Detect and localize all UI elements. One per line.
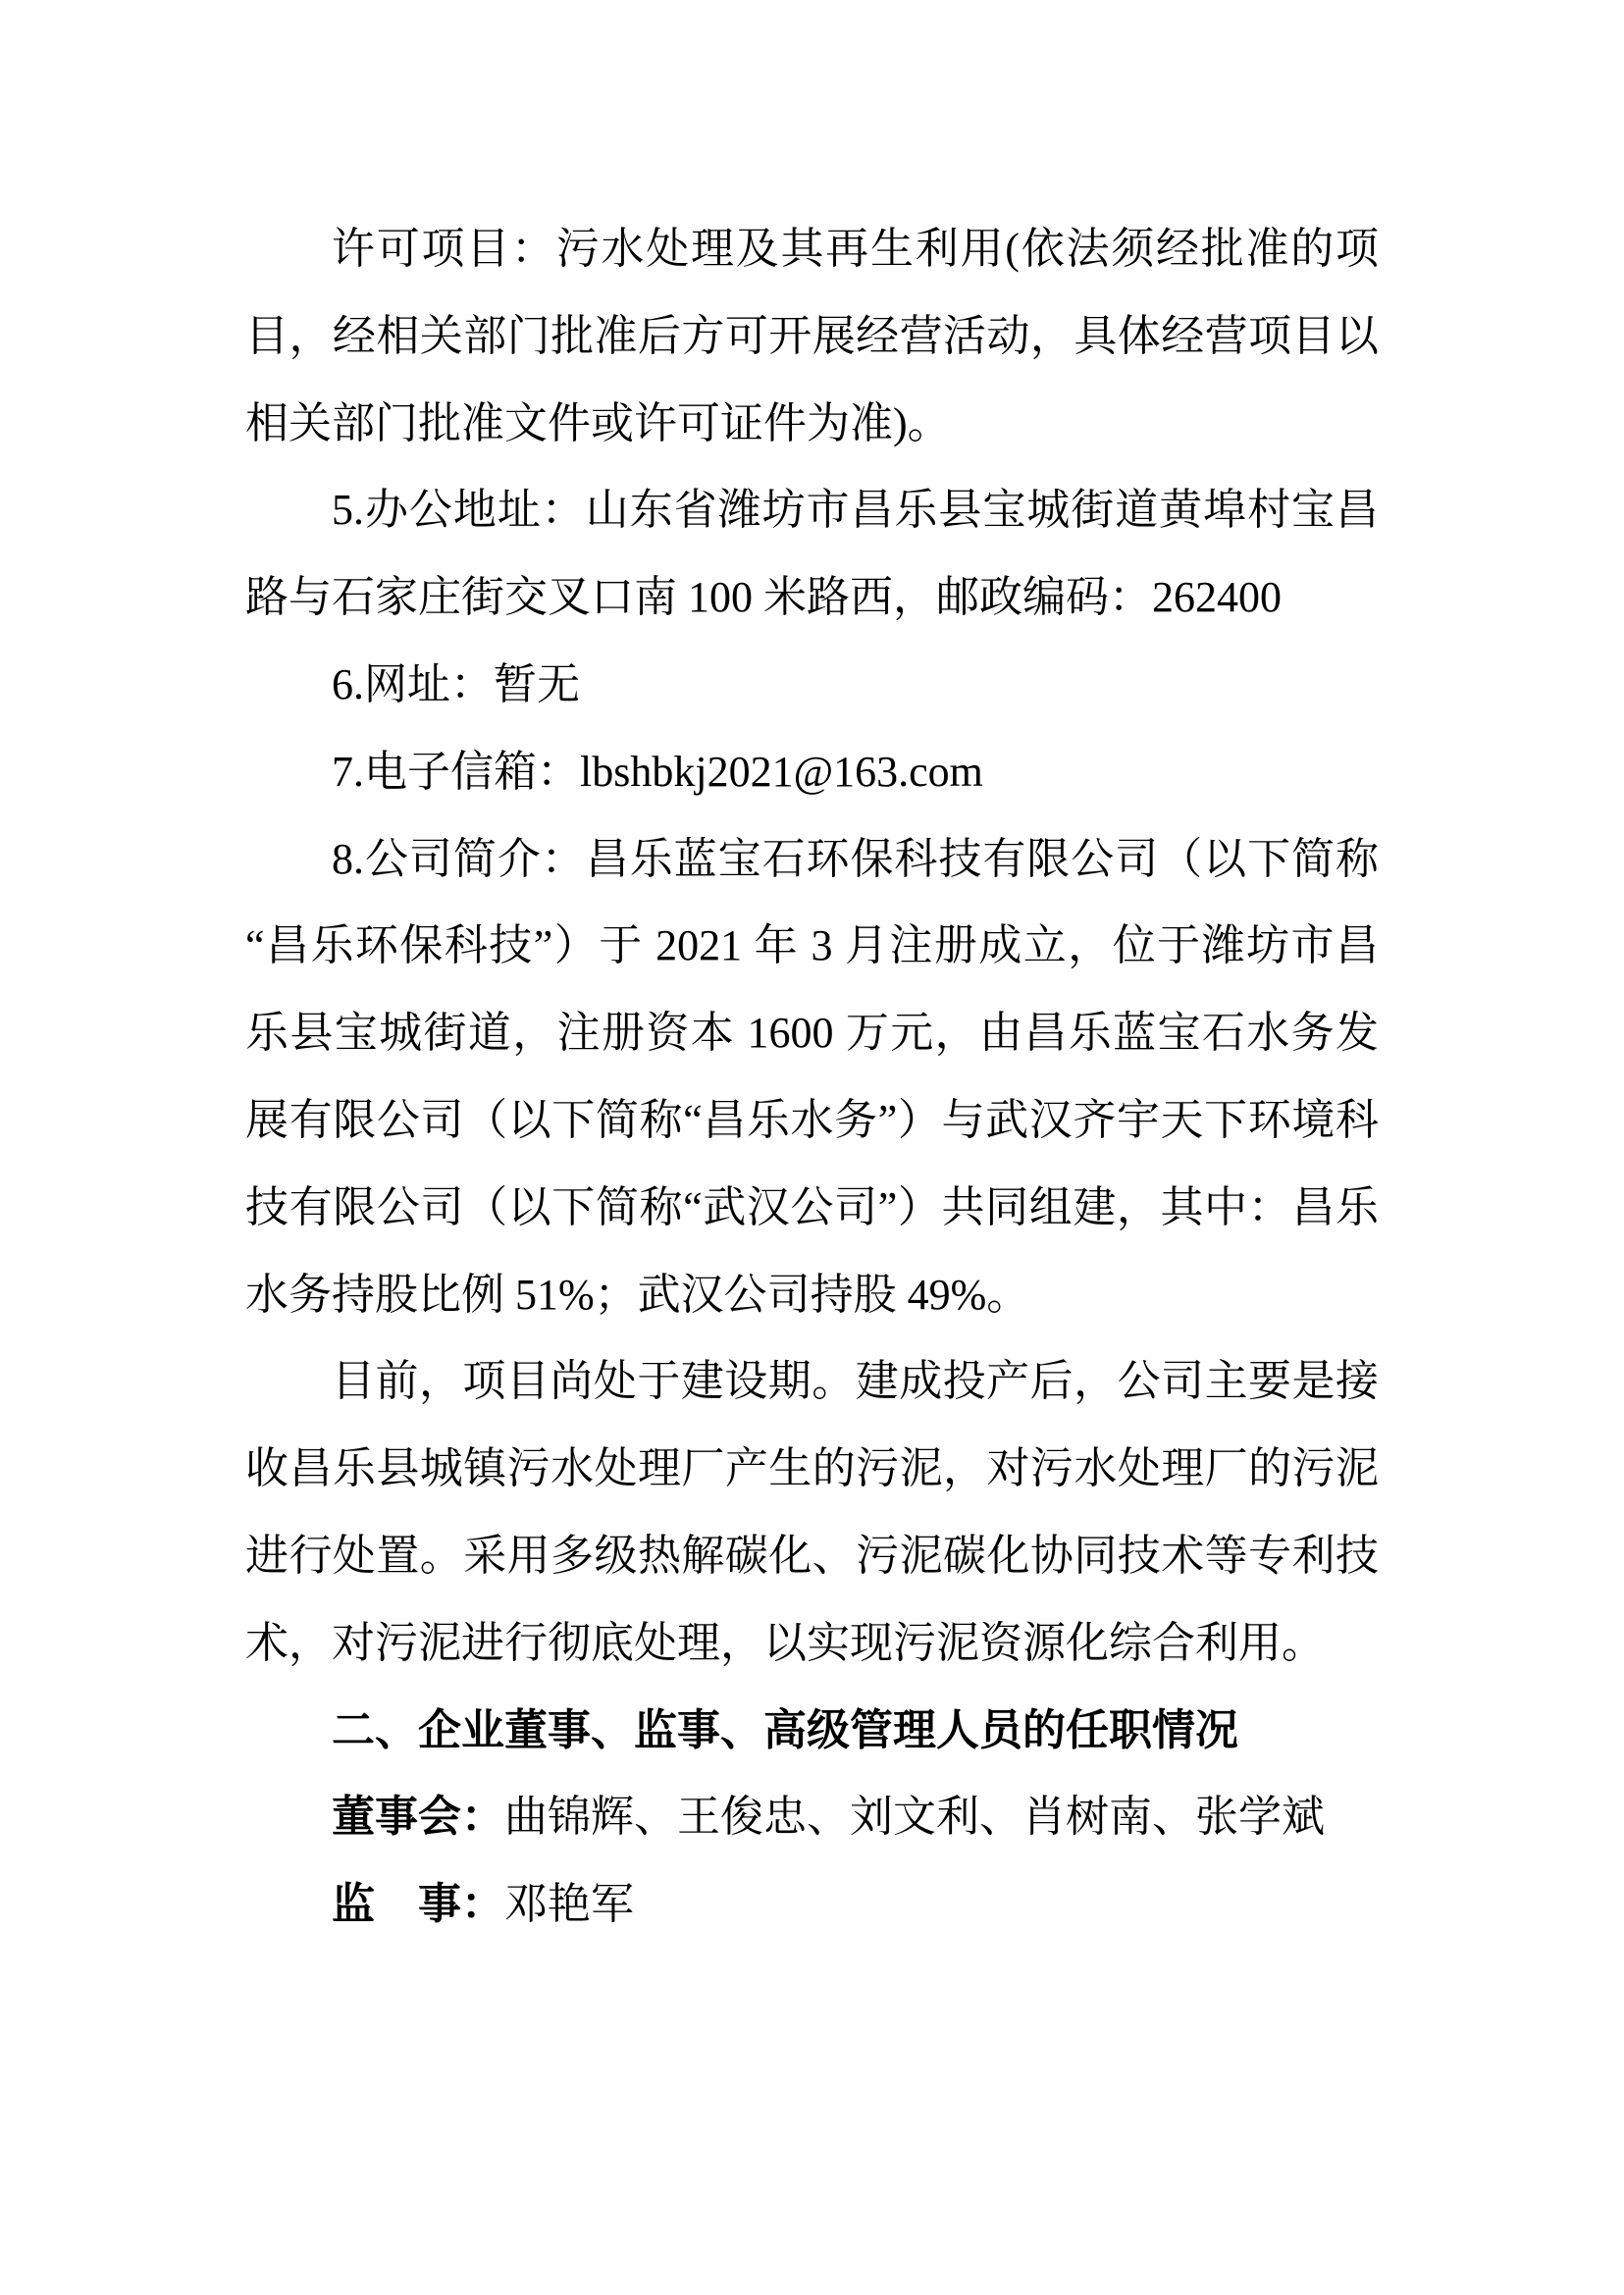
company-profile-line: 水务持股比例 51%；武汉公司持股 49%。: [245, 1252, 1379, 1339]
board-members-line: 董事会：曲锦辉、王俊忠、刘文利、肖树南、张学斌: [245, 1774, 1379, 1861]
company-profile-line: 展有限公司（以下简称“昌乐水务”）与武汉齐宇天下环境科: [245, 1077, 1379, 1165]
board-names: 曲锦辉、王俊忠、刘文利、肖树南、张学斌: [504, 1793, 1325, 1841]
office-address-line: 路与石家庄街交叉口南 100 米路西，邮政编码：262400: [245, 554, 1379, 642]
project-status-line: 收昌乐县城镇污水处理厂产生的污泥，对污水处理厂的污泥: [245, 1426, 1379, 1513]
paragraph-line: 目，经相关部门批准后方可开展经营活动，具体经营项目以: [245, 293, 1379, 381]
company-profile-line: 8.公司简介：昌乐蓝宝石环保科技有限公司（以下简称: [245, 816, 1379, 904]
supervisor-label: 监 事：: [332, 1880, 504, 1928]
email-line: 7.电子信箱：lbshbkj2021@163.com: [245, 729, 1379, 816]
section-heading: 二、企业董事、监事、高级管理人员的任职情况: [245, 1688, 1379, 1775]
project-status-line: 进行处置。采用多级热解碳化、污泥碳化协同技术等专利技: [245, 1513, 1379, 1600]
office-address-line: 5.办公地址：山东省潍坊市昌乐县宝城街道黄埠村宝昌: [245, 467, 1379, 554]
paragraph-line: 许可项目：污水处理及其再生利用(依法须经批准的项: [245, 206, 1379, 293]
company-profile-line: 技有限公司（以下简称“武汉公司”）共同组建，其中：昌乐: [245, 1165, 1379, 1252]
project-status-line: 术，对污泥进行彻底处理，以实现污泥资源化综合利用。: [245, 1600, 1379, 1688]
paragraph-line: 相关部门批准文件或许可证件为准)。: [245, 381, 1379, 468]
project-status-line: 目前，项目尚处于建设期。建成投产后，公司主要是接: [245, 1338, 1379, 1426]
text-block: 许可项目：污水处理及其再生利用(依法须经批准的项 目，经相关部门批准后方可开展经…: [245, 206, 1379, 1949]
company-profile-line: “昌乐环保科技”）于 2021 年 3 月注册成立，位于潍坊市昌: [245, 903, 1379, 990]
board-label: 董事会：: [332, 1793, 504, 1841]
supervisor-name: 邓艳军: [504, 1880, 634, 1928]
website-line: 6.网址：暂无: [245, 642, 1379, 729]
document-page: 许可项目：污水处理及其再生利用(依法须经批准的项 目，经相关部门批准后方可开展经…: [0, 0, 1624, 2295]
company-profile-line: 乐县宝城街道，注册资本 1600 万元，由昌乐蓝宝石水务发: [245, 990, 1379, 1077]
supervisor-line: 监 事：邓艳军: [245, 1861, 1379, 1949]
